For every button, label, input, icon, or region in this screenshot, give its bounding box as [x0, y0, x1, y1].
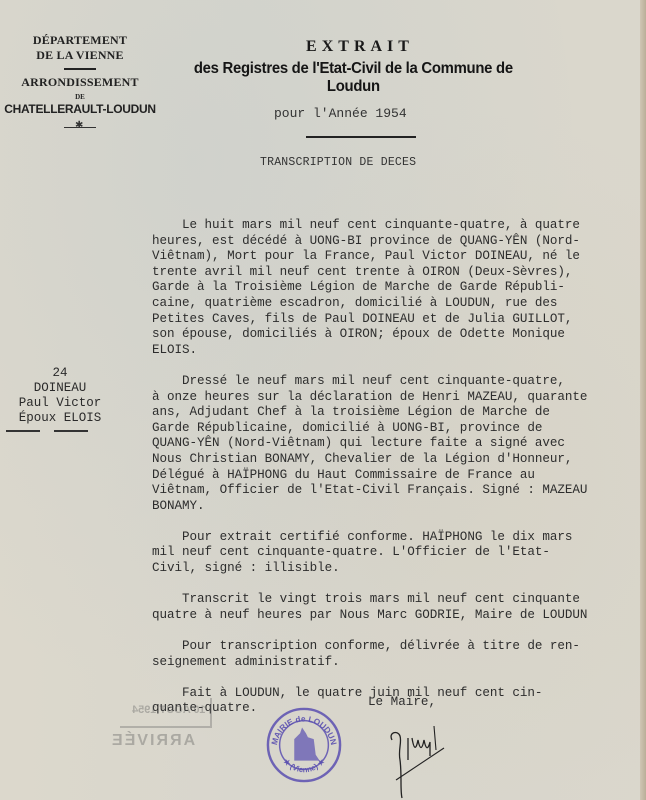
text-line: trente avril mil neuf cent trente à OIRO…	[152, 265, 646, 281]
text-line: Le huit mars mil neuf cent cinquante-qua…	[152, 218, 646, 234]
text-line: QUANG-YÊN (Nord-Viêtnam) qui lecture fai…	[152, 436, 646, 452]
text-line: heures, est décédé à UONG-BI province de…	[152, 234, 646, 250]
margin-note: 24 DOINEAU Paul Victor Époux ELOIS	[0, 366, 120, 426]
department-header: DÉPARTEMENT DE LA VIENNE ARRONDISSEMENT …	[0, 33, 160, 131]
text-line: Viêtnam, Officier de l'Etat-Civil França…	[152, 483, 646, 499]
ornament-divider	[64, 125, 96, 131]
text-line: ELOIS.	[152, 343, 646, 359]
act-body: Le huit mars mil neuf cent cinquante-qua…	[152, 218, 646, 733]
paragraph: Transcrit le vingt trois mars mil neuf c…	[152, 592, 646, 623]
arrival-stamp: 10 AOUT 1954 ARRIVÉE	[110, 698, 220, 758]
text-line: Garde Républicaine, domicilié à UONG-BI,…	[152, 421, 646, 437]
text-line: Pour extrait certifié conforme. HAÏPHONG…	[152, 530, 646, 546]
text-line: BONAMY.	[152, 499, 646, 515]
text-line: son épouse, domiciliés à OIRON; époux de…	[152, 327, 646, 343]
act-number: 24	[0, 366, 120, 381]
arrondissement-label: ARRONDISSEMENT	[0, 75, 160, 90]
paragraph: Pour extrait certifié conforme. HAÏPHONG…	[152, 530, 646, 577]
mayor-signature-icon	[388, 720, 448, 800]
signatory-label: Le Maire,	[368, 695, 436, 709]
paragraph: Le huit mars mil neuf cent cinquante-qua…	[152, 218, 646, 358]
deceased-spouse: Époux ELOIS	[0, 411, 120, 426]
arrondissement-de: DE	[0, 93, 160, 101]
document-subtitle: des Registres de l'Etat-Civil de la Comm…	[172, 60, 535, 96]
text-line: Garde à la Troisième Légion de Marche de…	[152, 280, 646, 296]
text-line: Nous Christian BONAMY, Chevalier de la L…	[152, 452, 646, 468]
year-divider	[306, 136, 416, 138]
margin-underline	[6, 430, 101, 432]
mairie-seal-icon: MAIRIE de LOUDUN ★ (Vienne) ★	[265, 706, 343, 784]
year-line: pour l'Année 1954	[274, 106, 407, 121]
text-line: Petites Caves, fils de Paul DOINEAU et d…	[152, 312, 646, 328]
text-line: mil neuf cent cinquante-quatre. L'Offici…	[152, 545, 646, 561]
text-line: Dressé le neuf mars mil neuf cent cinqua…	[152, 374, 646, 390]
department-line1: DÉPARTEMENT	[0, 33, 160, 48]
arrival-stamp-word: ARRIVÉE	[110, 732, 195, 750]
text-line: seignement administratif.	[152, 655, 646, 671]
text-line: caine, quatrième escadron, domicilié à L…	[152, 296, 646, 312]
text-line: Délégué à HAÏPHONG du Haut Commissaire d…	[152, 468, 646, 484]
paragraph: Dressé le neuf mars mil neuf cent cinqua…	[152, 374, 646, 514]
text-line: Viêtnam), Mort pour la France, Paul Vict…	[152, 249, 646, 265]
text-line: quatre à neuf heures par Nous Marc GODRI…	[152, 608, 646, 624]
deceased-surname: DOINEAU	[0, 381, 120, 396]
text-line: Pour transcription conforme, délivrée à …	[152, 639, 646, 655]
header-divider	[64, 68, 96, 70]
text-line: Civil, signé : illisible.	[152, 561, 646, 577]
arrondissement-name: CHATELLERAULT-LOUDUN	[0, 102, 160, 116]
text-line: ans, Adjudant Chef à la troisième Légion…	[152, 405, 646, 421]
deceased-given-names: Paul Victor	[0, 396, 120, 411]
paragraph: Pour transcription conforme, délivrée à …	[152, 639, 646, 670]
text-line: à onze heures sur la déclaration de Henr…	[152, 390, 646, 406]
arrival-stamp-date: 10 AOUT 1954	[132, 704, 206, 716]
text-line: Transcrit le vingt trois mars mil neuf c…	[152, 592, 646, 608]
document-title: EXTRAIT	[306, 38, 414, 56]
department-line2: DE LA VIENNE	[0, 48, 160, 63]
act-type: TRANSCRIPTION DE DECES	[260, 156, 416, 169]
